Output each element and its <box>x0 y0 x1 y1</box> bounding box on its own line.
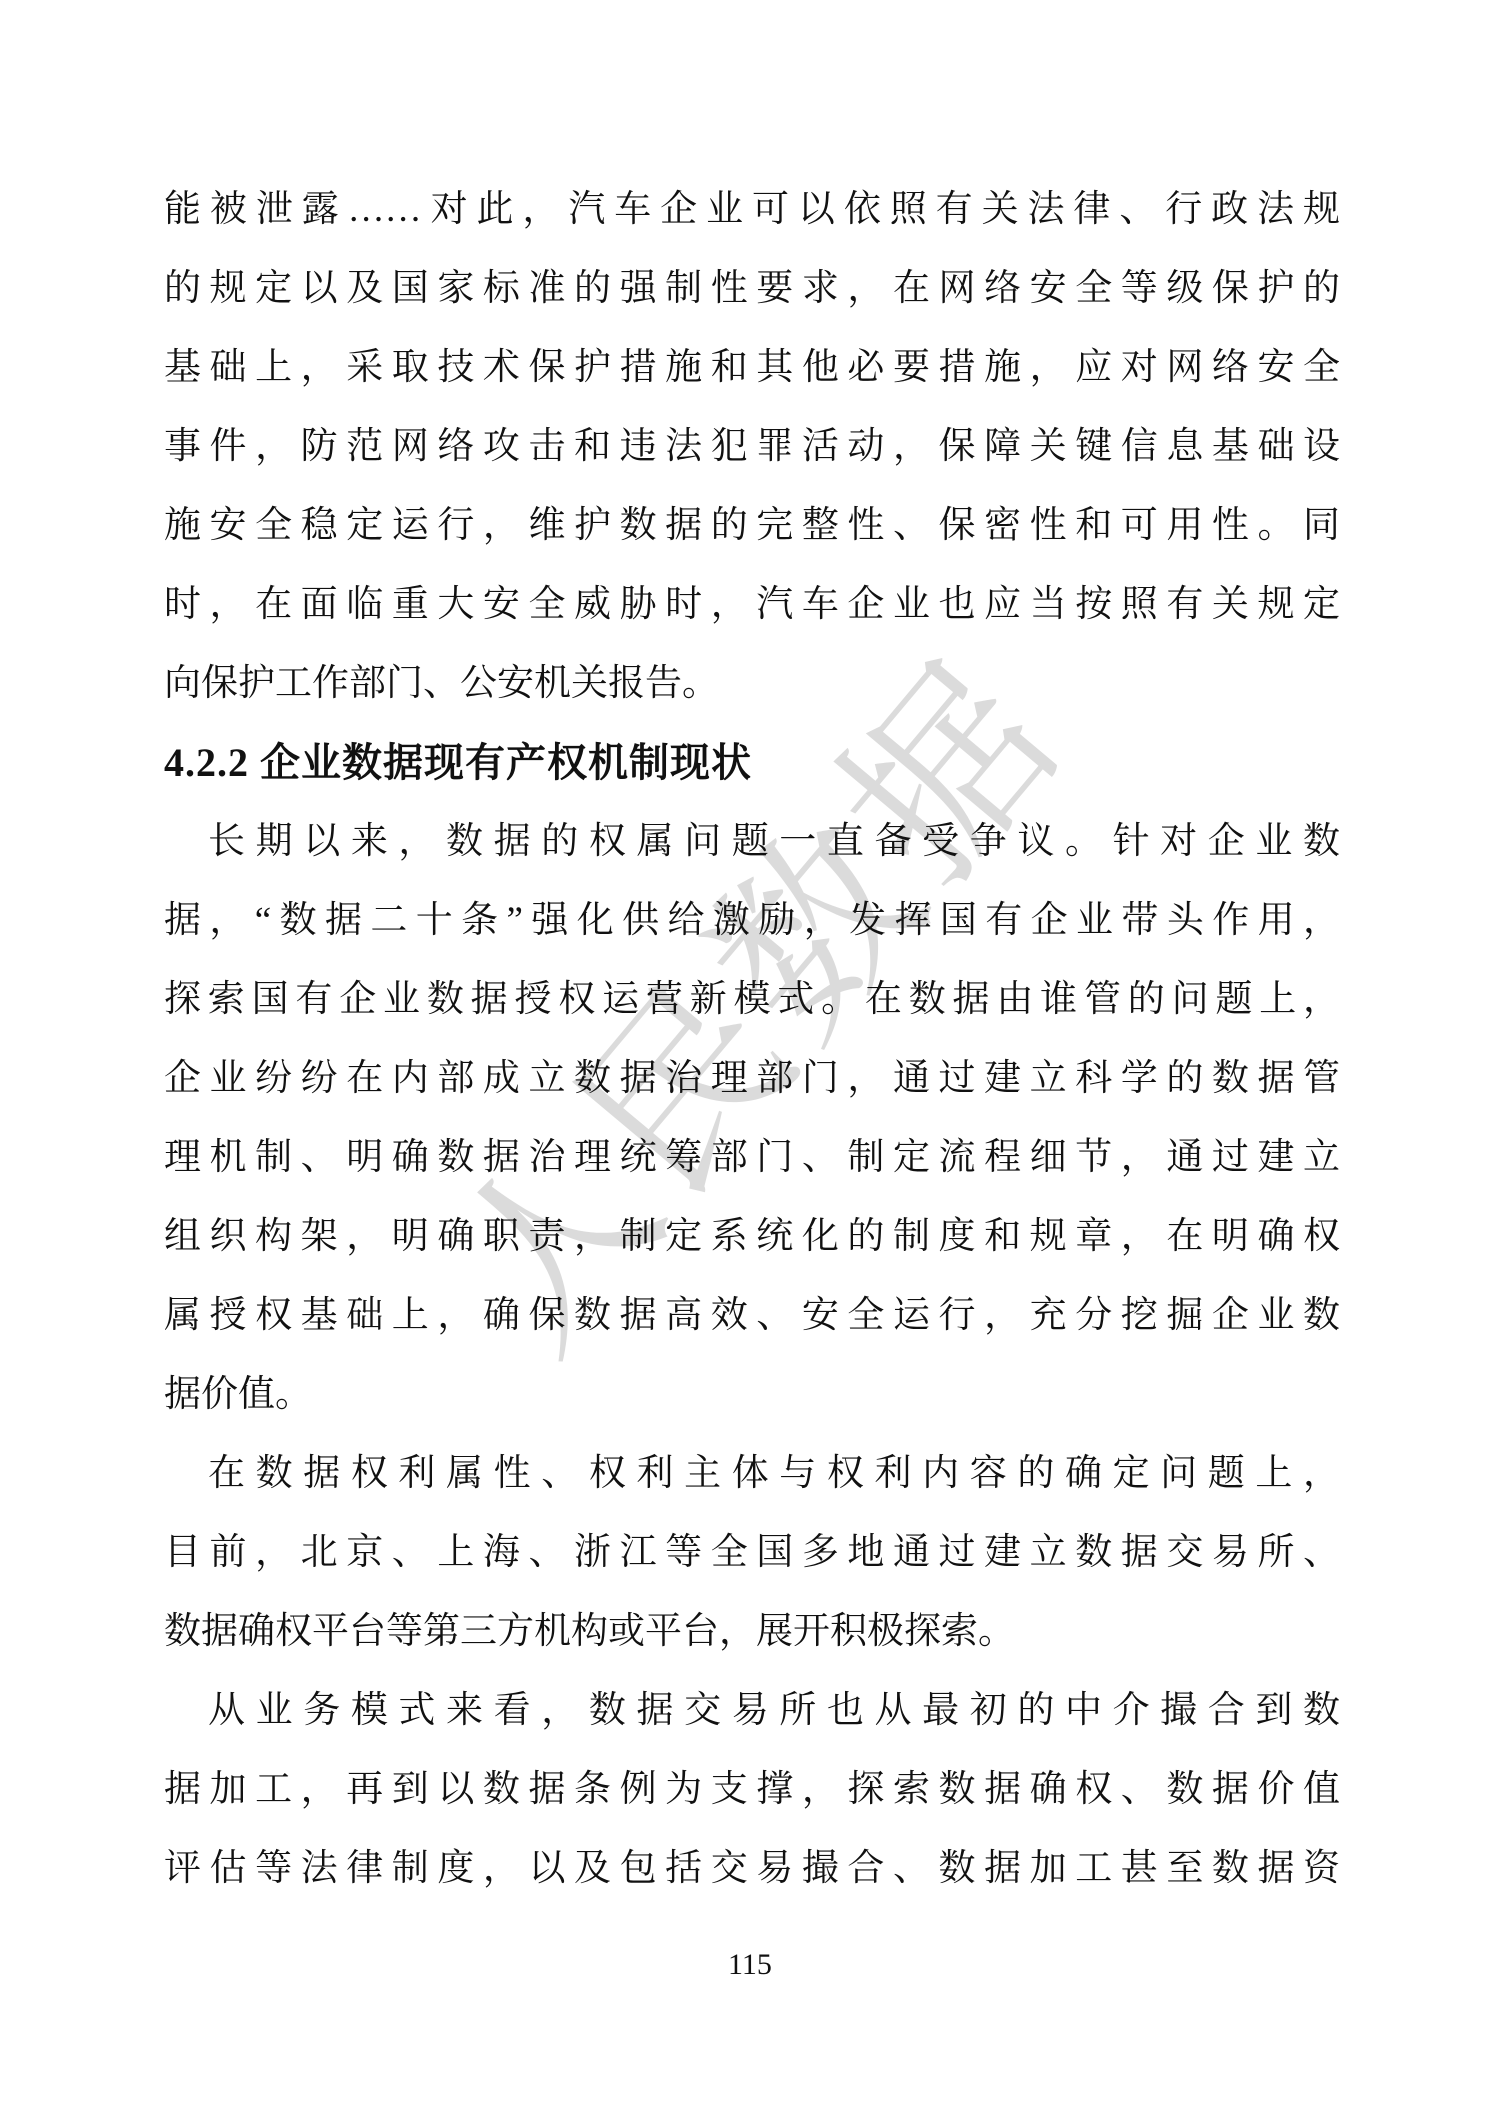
body-line: 从业务模式来看，数据交易所也从最初的中介撮合到数 <box>164 1671 1340 1750</box>
body-line: 据，“数据二十条”强化供给激励，发挥国有企业带头作用， <box>164 881 1340 960</box>
document-page: 人民数据 能被泄露……对此，汽车企业可以依照有关法律、行政法规 的规定以及国家标… <box>0 0 1500 2121</box>
body-line: 在数据权利属性、权利主体与权利内容的确定问题上， <box>164 1434 1340 1513</box>
body-line: 理机制、明确数据治理统筹部门、制定流程细节，通过建立 <box>164 1118 1340 1197</box>
section-heading: 4.2.2 企业数据现有产权机制现状 <box>164 723 1340 802</box>
text-content: 能被泄露……对此，汽车企业可以依照有关法律、行政法规 的规定以及国家标准的强制性… <box>164 170 1340 1908</box>
body-line: 数据确权平台等第三方机构或平台，展开积极探索。 <box>164 1592 1340 1671</box>
body-line: 能被泄露……对此，汽车企业可以依照有关法律、行政法规 <box>164 170 1340 249</box>
body-line: 评估等法律制度，以及包括交易撮合、数据加工甚至数据资 <box>164 1829 1340 1908</box>
body-line: 长期以来，数据的权属问题一直备受争议。针对企业数 <box>164 802 1340 881</box>
body-line: 属授权基础上，确保数据高效、安全运行，充分挖掘企业数 <box>164 1276 1340 1355</box>
body-line: 组织构架，明确职责，制定系统化的制度和规章，在明确权 <box>164 1197 1340 1276</box>
body-line: 目前，北京、上海、浙江等全国多地通过建立数据交易所、 <box>164 1513 1340 1592</box>
page-number: 115 <box>0 1948 1500 1982</box>
body-line: 据加工，再到以数据条例为支撑，探索数据确权、数据价值 <box>164 1750 1340 1829</box>
body-line: 据价值。 <box>164 1355 1340 1434</box>
body-line: 的规定以及国家标准的强制性要求，在网络安全等级保护的 <box>164 249 1340 328</box>
body-line: 企业纷纷在内部成立数据治理部门，通过建立科学的数据管 <box>164 1039 1340 1118</box>
body-line: 时，在面临重大安全威胁时，汽车企业也应当按照有关规定 <box>164 565 1340 644</box>
body-line: 探索国有企业数据授权运营新模式。在数据由谁管的问题上， <box>164 960 1340 1039</box>
body-line: 基础上，采取技术保护措施和其他必要措施，应对网络安全 <box>164 328 1340 407</box>
body-line: 向保护工作部门、公安机关报告。 <box>164 644 1340 723</box>
body-line: 事件，防范网络攻击和违法犯罪活动，保障关键信息基础设 <box>164 407 1340 486</box>
body-line: 施安全稳定运行，维护数据的完整性、保密性和可用性。同 <box>164 486 1340 565</box>
